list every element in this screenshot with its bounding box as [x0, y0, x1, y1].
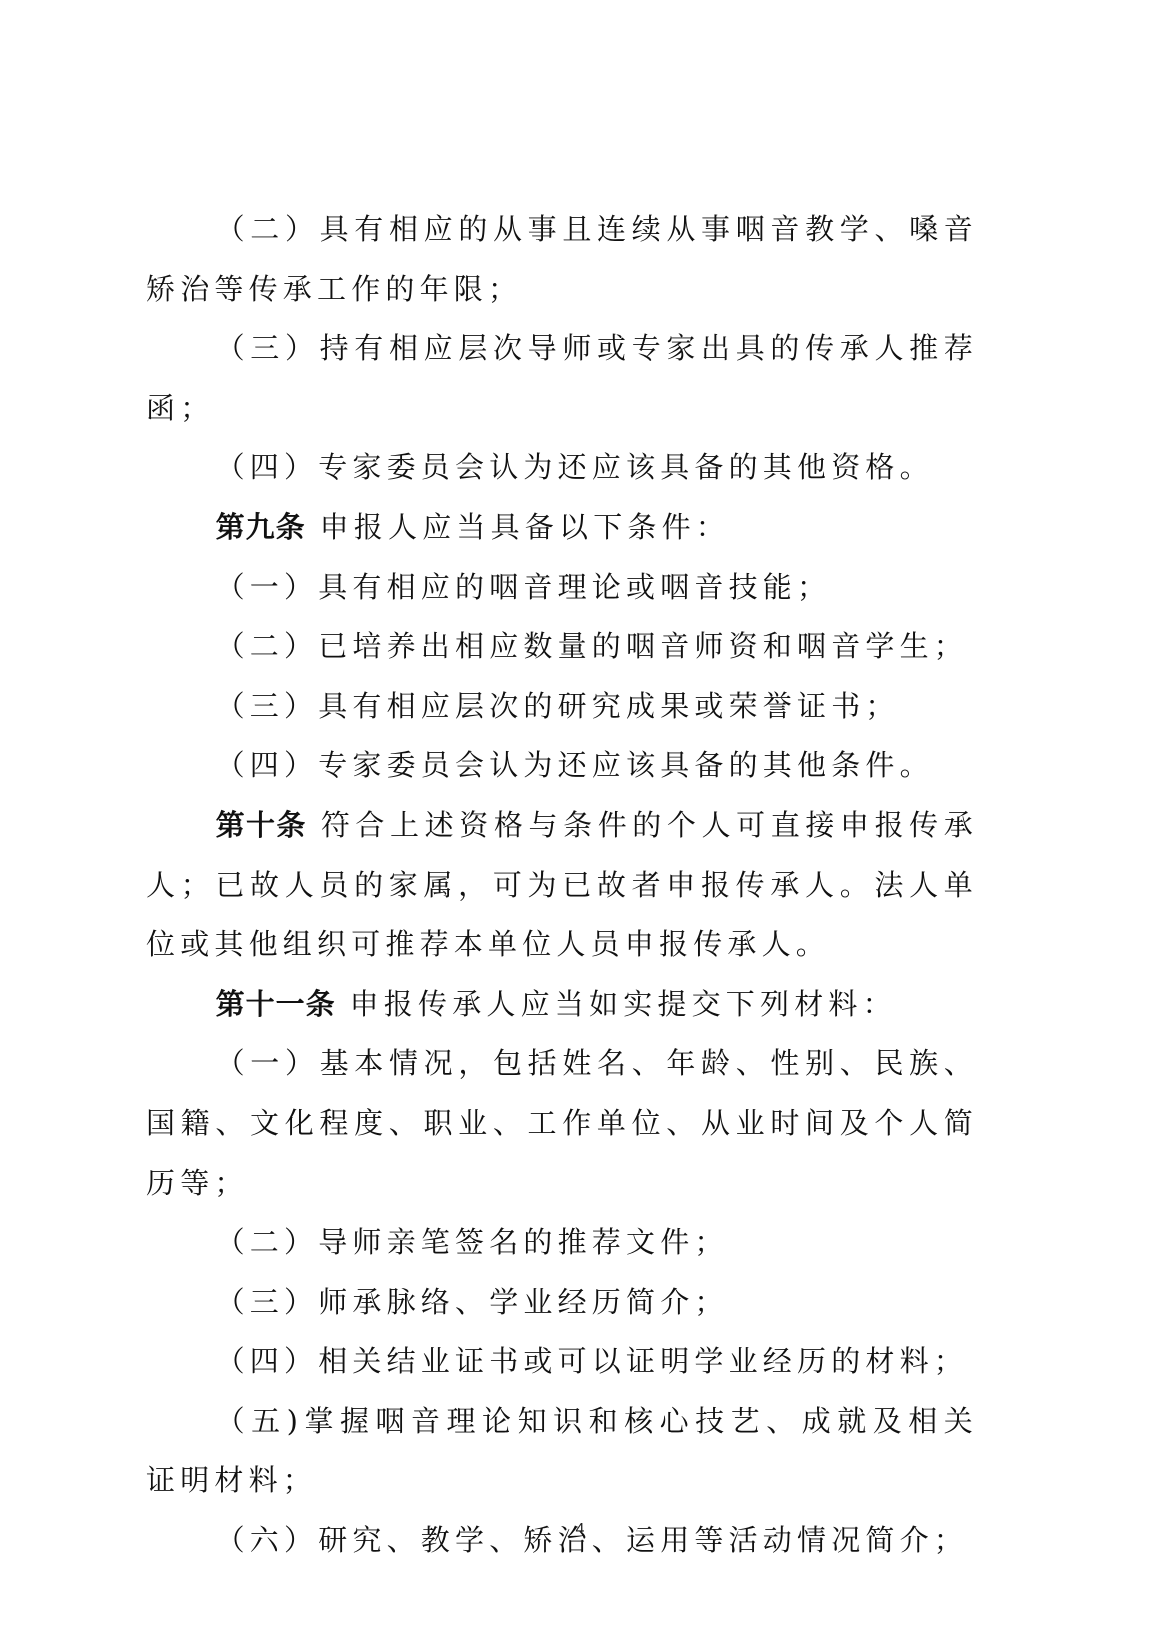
- paragraph-item: （三）持有相应层次导师或专家出具的传承人推荐函；: [146, 319, 978, 438]
- page-number: 4: [0, 1521, 1160, 1539]
- paragraph-item: （四）相关结业证书或可以证明学业经历的材料；: [146, 1332, 978, 1392]
- paragraph-item: （五)掌握咽音理论知识和核心技艺、成就及相关证明材料；: [146, 1392, 978, 1511]
- paragraph-item: （二）已培养出相应数量的咽音师资和咽音学生；: [146, 617, 978, 677]
- paragraph-item: （三）师承脉络、学业经历简介；: [146, 1273, 978, 1333]
- document-body: （二）具有相应的从事且连续从事咽音教学、嗓音矫治等传承工作的年限； （三）持有相…: [146, 200, 978, 1571]
- article-number: 第九条: [216, 510, 306, 544]
- paragraph-item: （六）研究、教学、矫治、运用等活动情况简介；: [146, 1511, 978, 1571]
- article-number: 第十一条: [216, 987, 336, 1021]
- article-11: 第十一条申报传承人应当如实提交下列材料：: [146, 975, 978, 1035]
- paragraph-item: （三）具有相应层次的研究成果或荣誉证书；: [146, 677, 978, 737]
- article-text: 申报人应当具备以下条件：: [320, 510, 730, 544]
- article-number: 第十条: [216, 808, 307, 842]
- article-text: 申报传承人应当如实提交下列材料：: [350, 987, 897, 1021]
- paragraph-item: （一）基本情况，包括姓名、年龄、性别、民族、国籍、文化程度、职业、工作单位、从业…: [146, 1034, 978, 1213]
- paragraph-item: （二）导师亲笔签名的推荐文件；: [146, 1213, 978, 1273]
- article-9: 第九条申报人应当具备以下条件：: [146, 498, 978, 558]
- document-page: （二）具有相应的从事且连续从事咽音教学、嗓音矫治等传承工作的年限； （三）持有相…: [0, 0, 1160, 1640]
- paragraph-item: （一）具有相应的咽音理论或咽音技能；: [146, 558, 978, 618]
- article-10: 第十条符合上述资格与条件的个人可直接申报传承人；已故人员的家属，可为已故者申报传…: [146, 796, 978, 975]
- paragraph-item: （四）专家委员会认为还应该具备的其他条件。: [146, 736, 978, 796]
- paragraph-item: （二）具有相应的从事且连续从事咽音教学、嗓音矫治等传承工作的年限；: [146, 200, 978, 319]
- paragraph-item: （四）专家委员会认为还应该具备的其他资格。: [146, 438, 978, 498]
